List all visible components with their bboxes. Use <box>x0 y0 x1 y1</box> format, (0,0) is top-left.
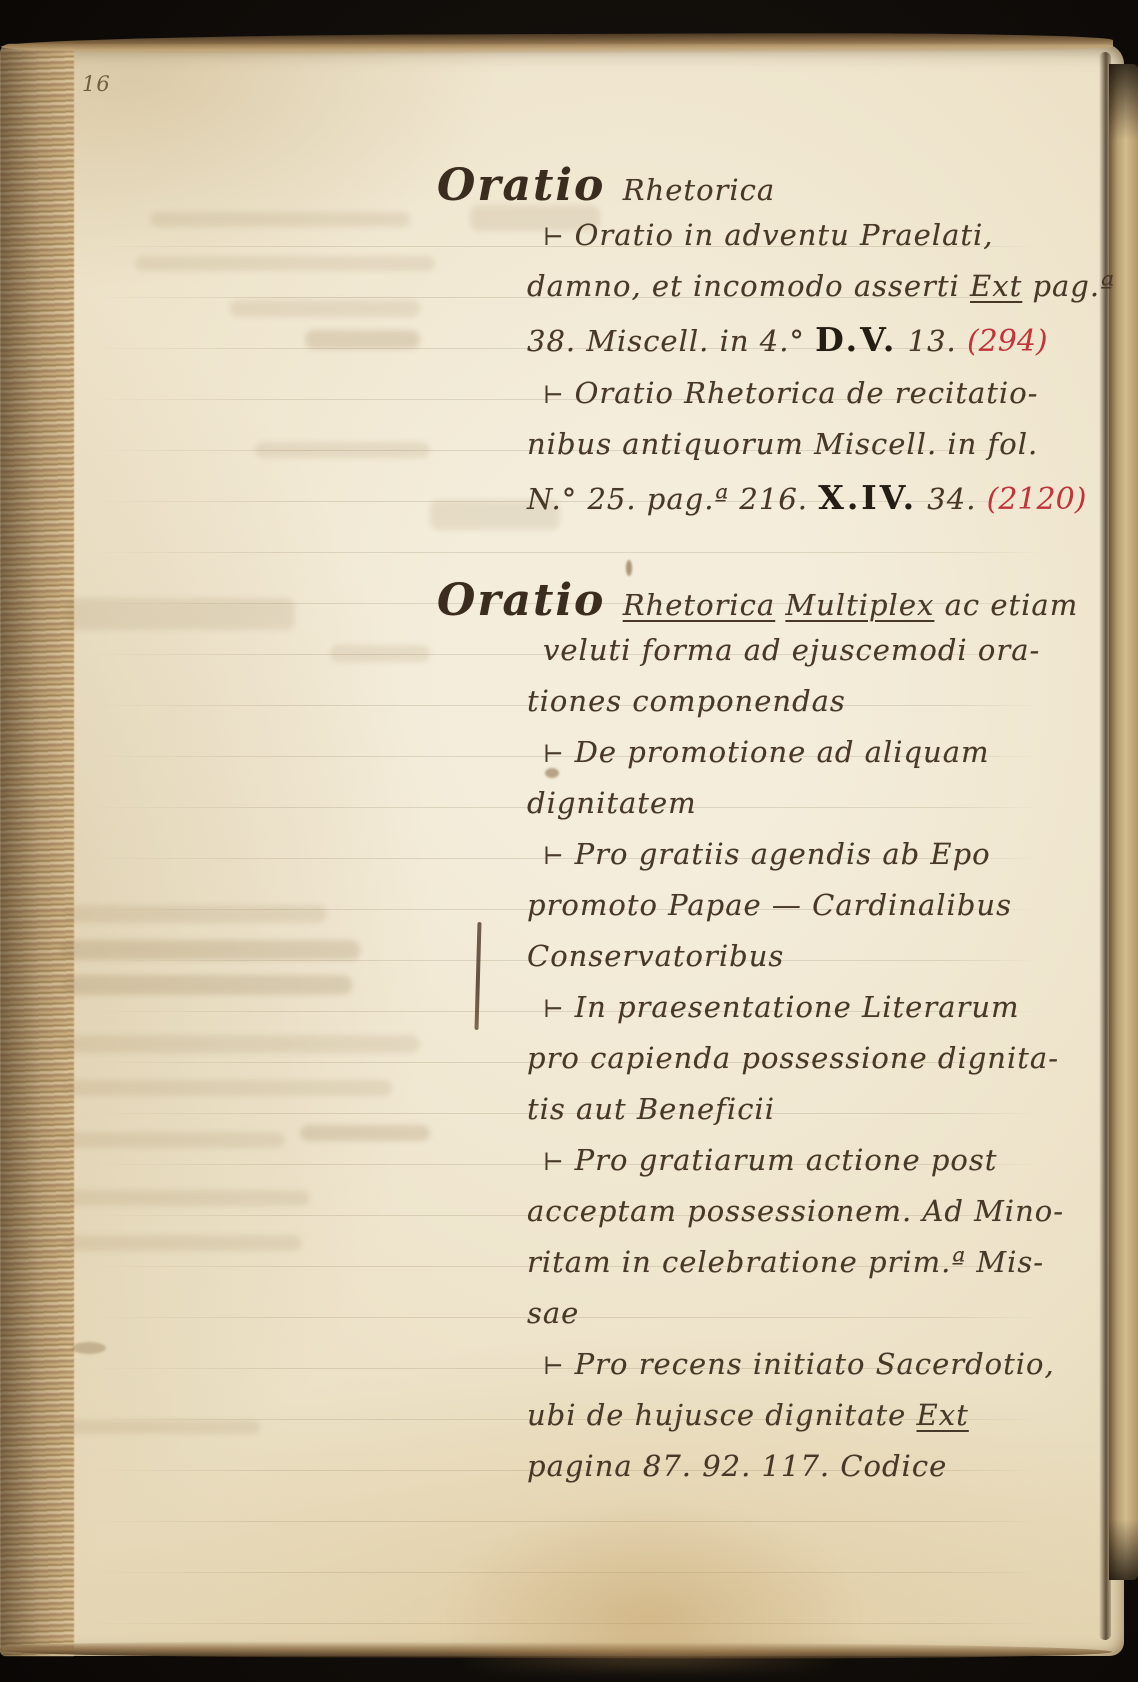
bleed-through-smudge <box>60 1190 310 1206</box>
script-text: Pro gratiis agendis ab Epo <box>575 837 991 871</box>
script-text: nibus antiquorum Miscell. in fol. <box>527 427 1038 461</box>
script-text: Oratio Rhetorica de recitatio- <box>575 376 1039 410</box>
manuscript-line: ritam in celebratione prim.ª Mis- <box>437 1245 1037 1296</box>
binding-edge <box>0 44 74 1656</box>
entry-dash-marker: ⊢ <box>543 223 575 251</box>
script-text: Pro recens initiato Sacerdotio, <box>575 1347 1055 1381</box>
script-text: promoto Papae — Cardinalibus <box>527 888 1012 922</box>
bleed-through-smudge <box>60 1132 285 1148</box>
script-text: veluti forma ad ejuscemodi ora- <box>543 633 1040 667</box>
bleed-through-smudge <box>255 442 430 458</box>
heading-line: Oratio Rhetorica <box>437 160 1037 218</box>
script-text: Ext <box>917 1398 969 1432</box>
bleed-through-smudge <box>60 1035 420 1053</box>
catalog-number-red: (2120) <box>987 482 1087 517</box>
manuscript-line: ⊢Pro gratiis agendis ab Epo <box>437 837 1037 888</box>
text-column: Oratio Rhetorica⊢Oratio in adventu Prael… <box>437 160 1037 1500</box>
bleed-through-smudge <box>300 1125 430 1141</box>
script-text: Conservatoribus <box>527 939 784 973</box>
script-text: De promotione ad aliquam <box>575 735 990 769</box>
manuscript-line: veluti forma ad ejuscemodi ora- <box>437 633 1037 684</box>
script-text: tis aut Beneficii <box>527 1092 775 1126</box>
bleed-through-smudge <box>62 975 352 995</box>
script-text: pag.ª <box>1022 269 1115 303</box>
manuscript-line: sae <box>437 1296 1037 1347</box>
entry-dash-marker: ⊢ <box>543 381 575 409</box>
script-text: ubi de hujusce dignitate <box>527 1398 917 1432</box>
script-text: dignitatem <box>527 786 697 820</box>
script-text: acceptam possessionem. Ad Mino- <box>527 1194 1064 1228</box>
catalog-number-red: (294) <box>967 324 1048 359</box>
bleed-through-smudge <box>60 1420 260 1434</box>
bleed-through-smudge <box>60 940 360 960</box>
manuscript-line: pagina 87. 92. 117. Codice <box>437 1449 1037 1500</box>
script-text: 13. <box>897 324 967 358</box>
script-text: ritam in celebratione prim.ª Mis- <box>527 1245 1044 1279</box>
script-text: 38. Miscell. in 4.° <box>527 324 815 358</box>
script-text: In praesentatione Literarum <box>575 990 1020 1024</box>
manuscript-line: damno, et incomodo asserti Ext pag.ª <box>437 269 1037 320</box>
entry-dash-marker: ⊢ <box>543 1352 575 1380</box>
manuscript-line: tiones componendas <box>437 684 1037 735</box>
manuscript-line: acceptam possessionem. Ad Mino- <box>437 1194 1037 1245</box>
page-folio-number: 16 <box>82 72 111 96</box>
bleed-through-smudge <box>135 256 435 271</box>
manuscript-line: ⊢De promotione ad aliquam <box>437 735 1037 786</box>
script-text: pro capienda possessione dignita- <box>527 1041 1059 1075</box>
ink-speck <box>72 1342 106 1354</box>
manuscript-line: ⊢Pro gratiarum actione post <box>437 1143 1037 1194</box>
manuscript-line: ⊢Oratio in adventu Praelati, <box>437 218 1037 269</box>
script-text: Rhetorica <box>623 173 775 207</box>
manuscript-line: 38. Miscell. in 4.° D.V. 13. (294) <box>437 320 1037 371</box>
entry-dash-marker: ⊢ <box>543 995 575 1023</box>
bleed-through-smudge <box>150 212 410 227</box>
script-text: tiones componendas <box>527 684 846 718</box>
manuscript-line: ⊢Pro recens initiato Sacerdotio, <box>437 1347 1037 1398</box>
script-text: 34. <box>917 482 987 516</box>
script-text: pagina 87. 92. 117. Codice <box>527 1449 947 1483</box>
script-text: Oratio <box>437 160 623 211</box>
entry-dash-marker: ⊢ <box>543 842 575 870</box>
script-text: Pro gratiarum actione post <box>575 1143 998 1177</box>
bleed-through-smudge <box>305 330 420 349</box>
script-text: ac etiam <box>934 588 1078 622</box>
heading-line: Oratio Rhetorica Multiplex ac etiam <box>437 575 1037 633</box>
bleed-through-smudge <box>230 300 420 317</box>
bleed-through-smudge <box>62 1235 302 1251</box>
script-text: sae <box>527 1296 579 1330</box>
script-text: Oratio <box>437 575 623 626</box>
manuscript-line: pro capienda possessione dignita- <box>437 1041 1037 1092</box>
manuscript-line: Conservatoribus <box>437 939 1037 990</box>
script-text: damno, et incomodo asserti <box>527 269 970 303</box>
bleed-through-smudge <box>62 1080 392 1096</box>
script-text: Multiplex <box>785 588 934 622</box>
bleed-through-smudge <box>62 905 327 923</box>
script-text: Ext <box>970 269 1022 303</box>
bleed-through-smudge <box>330 645 430 662</box>
manuscript-line: ⊢In praesentatione Literarum <box>437 990 1037 1041</box>
entry-dash-marker: ⊢ <box>543 1148 575 1176</box>
manuscript-line: dignitatem <box>437 786 1037 837</box>
shelfmark: D.V. <box>815 320 897 359</box>
script-text <box>775 588 785 622</box>
manuscript-line: N.° 25. pag.ª 216. X.IV. 34. (2120) <box>437 478 1037 529</box>
manuscript-line: ubi de hujusce dignitate Ext <box>437 1398 1037 1449</box>
manuscript-line: promoto Papae — Cardinalibus <box>437 888 1037 939</box>
shelfmark: X.IV. <box>818 478 917 517</box>
script-text: N.° 25. pag.ª 216. <box>527 482 818 516</box>
entry-dash-marker: ⊢ <box>543 740 575 768</box>
manuscript-line: tis aut Beneficii <box>437 1092 1037 1143</box>
manuscript-line: ⊢Oratio Rhetorica de recitatio- <box>437 376 1037 427</box>
script-text: Oratio in adventu Praelati, <box>575 218 994 252</box>
paper-stain <box>440 1500 860 1670</box>
bleed-through-smudge <box>65 598 295 630</box>
manuscript-line: nibus antiquorum Miscell. in fol. <box>437 427 1037 478</box>
script-text: Rhetorica <box>623 588 775 622</box>
scanned-book-photo: 16 Oratio Rhetorica⊢Oratio in adventu Pr… <box>0 0 1138 1682</box>
